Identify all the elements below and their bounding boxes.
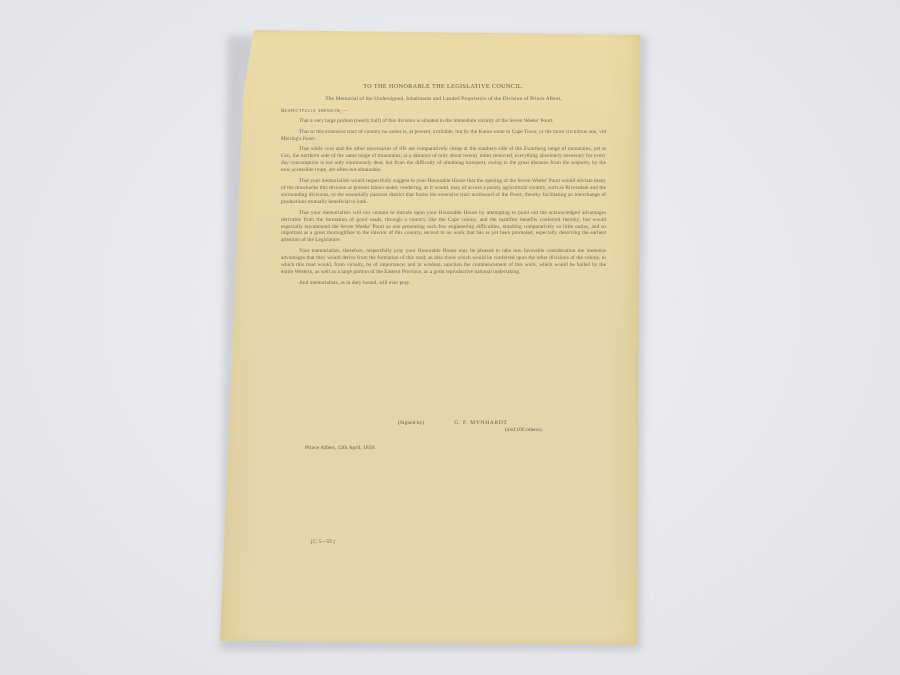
place-and-date: Prince Albert, 12th April, 1859. <box>305 445 376 451</box>
signatory-name: G. F. MYNHARDT <box>454 420 507 426</box>
paragraph: That your memorialists would respectfull… <box>281 178 606 206</box>
document-reference: [C. 5—59.] <box>311 539 335 545</box>
document-heading: To the Honorable the Legislative Council… <box>281 84 606 91</box>
paragraph: Your memorialists, therefore, respectful… <box>281 248 606 276</box>
signature-block: (Signed by) G. F. MYNHARDT (and 106 othe… <box>398 420 543 434</box>
paragraph: That your memorialists will not venture … <box>281 210 606 245</box>
closing-line: And memorialists, as in duty bound, will… <box>281 280 606 287</box>
paragraph: That while corn and the other necessarie… <box>281 146 606 174</box>
document-subheading: The Memorial of the Undersigned, Inhabit… <box>281 96 606 103</box>
paragraph: That to this extensive tract of country … <box>281 129 606 143</box>
salutation: Respectfully sheweth,— <box>281 108 606 115</box>
signed-by-label: (Signed by) <box>398 420 453 427</box>
paragraph: That a very large portion (nearly half) … <box>281 118 606 125</box>
memorial-text: To the Honorable the Legislative Council… <box>281 84 606 287</box>
other-signatories: (and 106 others). <box>398 427 543 434</box>
